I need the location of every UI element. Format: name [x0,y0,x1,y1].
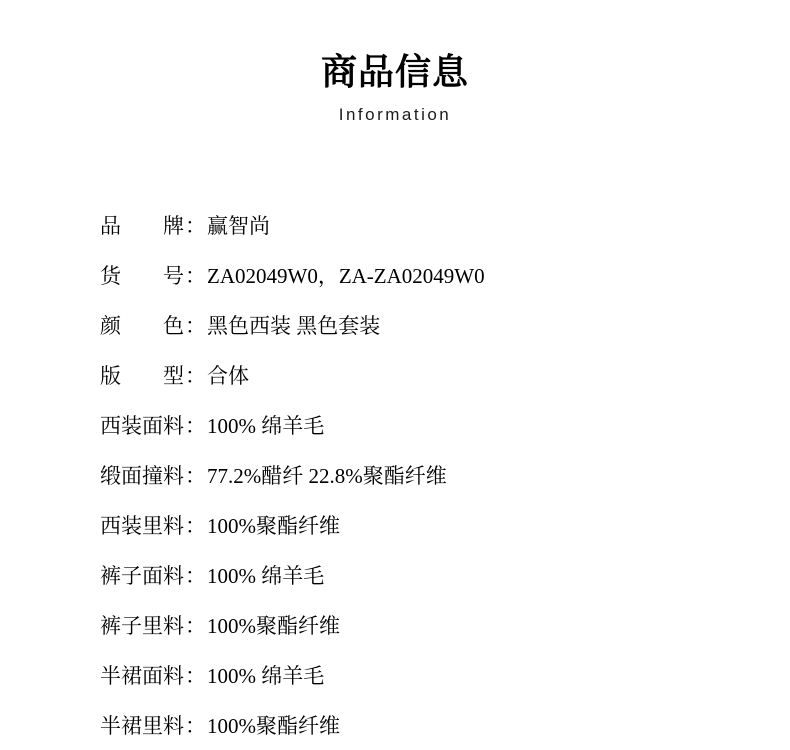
info-row-value: 100%聚酯纤维 [207,610,340,640]
info-row-label: 品牌 [100,210,184,240]
info-row-label: 版型 [100,360,184,390]
info-row-color: 颜色：黑色西装 黑色套装 [100,300,790,350]
info-row-separator: ： [184,710,207,740]
info-row-skirt-lining: 半裙里料：100%聚酯纤维 [100,700,790,750]
info-row-trousers-fabric: 裤子面料：100% 绵羊毛 [100,550,790,600]
info-row-separator: ： [184,660,207,690]
info-row-label: 颜色 [100,310,184,340]
info-row-label: 半裙面料 [100,660,184,690]
info-row-label: 裤子面料 [100,560,184,590]
info-row-brand: 品牌：赢智尚 [100,200,790,250]
info-row-value: 100% 绵羊毛 [207,560,324,590]
info-row-value: 赢智尚 [207,210,270,240]
info-row-value: ZA02049W0，ZA-ZA02049W0 [207,260,485,290]
info-row-separator: ： [184,460,207,490]
info-row-label: 半裙里料 [100,710,184,740]
info-row-label: 西装面料 [100,410,184,440]
info-row-separator: ： [184,310,207,340]
info-row-separator: ： [184,360,207,390]
info-row-label: 西装里料 [100,510,184,540]
page-title: 商品信息 [0,50,790,93]
info-row-value: 100% 绵羊毛 [207,410,324,440]
info-row-fit: 版型：合体 [100,350,790,400]
info-row-label: 裤子里料 [100,610,184,640]
product-info-page: 商品信息 Information 品牌：赢智尚 货号：ZA02049W0，ZA-… [0,0,790,750]
info-row-label: 缎面撞料 [100,460,184,490]
info-row-separator: ： [184,560,207,590]
info-row-suit-fabric: 西装面料：100% 绵羊毛 [100,400,790,450]
info-row-value: 100% 绵羊毛 [207,660,324,690]
info-row-value: 77.2%醋纤 22.8%聚酯纤维 [207,460,447,490]
info-row-separator: ： [184,260,207,290]
page-subtitle: Information [0,105,790,125]
info-row-satin-contrast-fabric: 缎面撞料：77.2%醋纤 22.8%聚酯纤维 [100,450,790,500]
info-row-item-number: 货号：ZA02049W0，ZA-ZA02049W0 [100,250,790,300]
product-info-list: 品牌：赢智尚 货号：ZA02049W0，ZA-ZA02049W0 颜色：黑色西装… [100,200,790,750]
info-row-value: 黑色西装 黑色套装 [207,310,380,340]
info-row-trousers-lining: 裤子里料：100%聚酯纤维 [100,600,790,650]
info-row-separator: ： [184,510,207,540]
info-row-value: 100%聚酯纤维 [207,710,340,740]
info-row-value: 100%聚酯纤维 [207,510,340,540]
info-row-label: 货号 [100,260,184,290]
info-row-value: 合体 [207,360,249,390]
info-row-separator: ： [184,410,207,440]
info-row-suit-lining: 西装里料：100%聚酯纤维 [100,500,790,550]
info-row-separator: ： [184,610,207,640]
info-row-separator: ： [184,210,207,240]
page-header: 商品信息 Information [0,0,790,125]
info-row-skirt-fabric: 半裙面料：100% 绵羊毛 [100,650,790,700]
